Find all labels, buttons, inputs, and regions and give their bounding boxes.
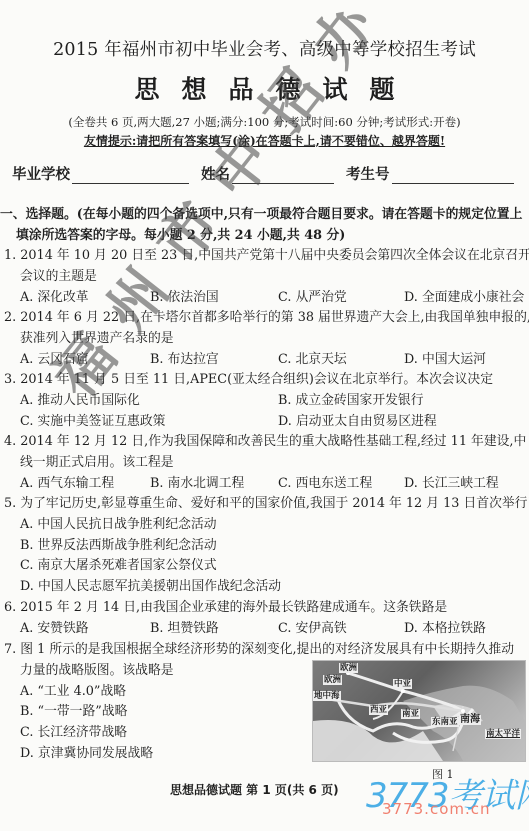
exam-number-field[interactable] [392,167,514,184]
map-label-west-asia: 西亚 [369,705,388,715]
exam-title: 2015 年福州市初中毕业会考、高级中等学校招生考试 [0,36,529,61]
map-label-mediterranean: 地中海 [313,691,341,701]
student-info-fields: 毕业学校 姓名 考生号 [12,163,526,184]
option-c: C. 从严治党 [278,288,404,309]
map-label-central-asia: 中亚 [393,679,412,689]
question-2: 2. 2014 年 6 月 22 日,在卡塔尔首都多哈举行的第 38 届世界遗产… [4,308,526,370]
question-5: 5. 为了牢记历史,彰显尊重生命、爱好和平的国家价值,我国于 2014 年 12… [4,494,526,598]
question-stem: 6. 2015 年 2 月 14 日,由我国企业承建的海外最长铁路建成通车。这条… [4,598,526,619]
question-6: 6. 2015 年 2 月 14 日,由我国企业承建的海外最长铁路建成通车。这条… [4,598,526,640]
options: A. 安赞铁路 B. 坦赞铁路 C. 安伊高铁 D. 本格拉铁路 [4,619,526,640]
exam-number-label: 考生号 [346,163,390,184]
question-1: 1. 2014 年 10 月 20 日至 23 日,中国共产党第十八届中央委员会… [4,246,526,308]
options: C. 实施中美签证互惠政策 D. 启动亚太自由贸易区进程 [4,412,526,433]
subject-title: 思想品德试题 [0,70,529,106]
option-b: B. 坦赞铁路 [150,619,278,640]
question-4: 4. 2014 年 12 月 12 日,作为我国保障和改善民生的重大战略性基础工… [4,432,526,494]
option-b: B. 依法治国 [150,288,278,309]
school-field[interactable] [72,167,189,184]
options: A. 云冈石窟 B. 布达拉宫 C. 北京天坛 D. 中国大运河 [4,350,526,371]
friendly-tip: 友情提示:请把所有答案填写(涂)在答题卡上,请不要错位、越界答题! [0,132,529,149]
option-c: C. 北京天坛 [278,350,404,371]
option-b: B. 世界反法西斯战争胜利纪念活动 [4,536,526,557]
options: A. 推动人民币国际化 B. 成立金砖国家开发银行 [4,391,526,412]
exam-info: (全卷共 6 页,两大题,27 小题;满分:100 分;考试时间:60 分钟;考… [0,114,529,130]
option-d: D. 中国大运河 [404,350,486,371]
question-stem: 4. 2014 年 12 月 12 日,作为我国保障和改善民生的重大战略性基础工… [4,432,526,453]
section-heading: 一、选择题。(在每小题的四个备选项中,只有一项最符合题目要求。请在答题卡的规定位… [0,204,529,246]
question-stem: 3. 2014 年 11 月 5 日至 11 日,APEC(亚太经合组织)会议在… [4,370,526,391]
question-stem: 5. 为了牢记历史,彰显尊重生命、爱好和平的国家价值,我国于 2014 年 12… [4,494,526,515]
option-d: D. 全面建成小康社会 [404,288,524,309]
section-line-2: 填涂所选答案的字母。每小题 2 分,共 24 小题,共 48 分) [0,225,529,246]
question-stem: 2. 2014 年 6 月 22 日,在卡塔尔首都多哈举行的第 38 届世界遗产… [4,308,526,329]
school-label: 毕业学校 [12,163,70,184]
option-d: D. 启动亚太自由贸易区进程 [278,412,437,433]
exam-page: 2015 年福州市初中毕业会考、高级中等学校招生考试 思想品德试题 (全卷共 6… [0,0,529,831]
question-stem: 7. 图 1 所示的是我国根据全球经济形势的深刻变化,提出的对经济发展具有中长期… [4,640,526,661]
option-b: B. 成立金砖国家开发银行 [278,391,424,412]
option-a: A. 安赞铁路 [20,619,150,640]
option-a: A. 云冈石窟 [20,350,150,371]
option-a: A. 中国人民抗日战争胜利纪念活动 [4,515,526,536]
option-c: C. 南京大屠杀死难者国家公祭仪式 [4,556,526,577]
name-label: 姓名 [201,163,230,184]
option-b: B. 南水北调工程 [150,474,278,495]
map-label-southeast-asia: 东南亚 [431,717,459,727]
map-label-europe: 欧洲 [323,675,342,685]
site-url-watermark: 3773.com.cn [382,800,491,818]
option-d: D. 本格拉铁路 [404,619,486,640]
option-a: A. 西气东输工程 [20,474,150,495]
tip-text: 友情提示:请把所有答案填写(涂)在答题卡上,请不要错位、越界答题! [84,134,445,148]
option-c: C. 西电东送工程 [278,474,404,495]
question-stem: 线一期正式启用。该工程是 [4,453,526,474]
options: A. 深化改革 B. 依法治国 C. 从严治党 D. 全面建成小康社会 [4,288,526,309]
option-c: C. 安伊高铁 [278,619,404,640]
option-d: D. 长江三峡工程 [404,474,499,495]
map-label-europe: 欧洲 [339,663,358,673]
question-3: 3. 2014 年 11 月 5 日至 11 日,APEC(亚太经合组织)会议在… [4,370,526,432]
belt-and-road-map: 欧洲 欧洲 中亚 地中海 西亚 南亚 东南亚 南海 南太平洋 [312,660,526,762]
options: A. 西气东输工程 B. 南水北调工程 C. 西电东送工程 D. 长江三峡工程 [4,474,526,495]
option-a: A. 深化改革 [20,288,150,309]
option-d: D. 中国人民志愿军抗美援朝出国作战纪念活动 [4,577,526,598]
name-field[interactable] [232,167,334,184]
option-c: C. 实施中美签证互惠政策 [20,412,278,433]
question-stem: 获准列入世界遗产名录的是 [4,329,526,350]
map-label-south-china-sea: 南海 [459,715,481,725]
question-stem: 1. 2014 年 10 月 20 日至 23 日,中国共产党第十八届中央委员会… [4,246,526,267]
question-stem: 会议的主题是 [4,267,526,288]
option-a: A. 推动人民币国际化 [20,391,278,412]
section-line-1: 一、选择题。(在每小题的四个备选项中,只有一项最符合题目要求。请在答题卡的规定位… [0,204,529,225]
map-label-south-pacific: 南太平洋 [485,729,521,739]
option-b: B. 布达拉宫 [150,350,278,371]
page-footer: 思想品德试题 第 1 页(共 6 页) [170,781,339,798]
map-label-south-asia: 南亚 [401,709,420,719]
